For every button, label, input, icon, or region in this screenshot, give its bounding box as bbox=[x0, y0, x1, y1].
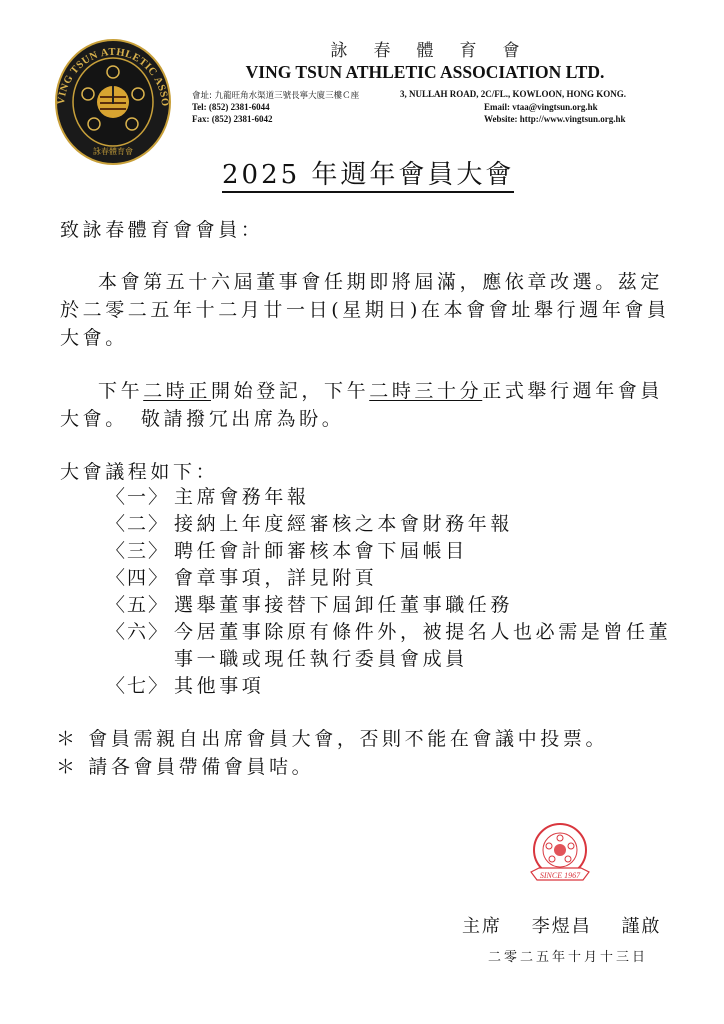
signatory-role: 主席 bbox=[462, 916, 502, 937]
agenda-number: 〈六〉 bbox=[106, 619, 174, 673]
agenda-list: 〈一〉 主席會務年報 〈二〉 接納上年度經審核之本會財務年報 〈三〉 聘任會計師… bbox=[106, 484, 676, 700]
agenda-text: 接納上年度經審核之本會財務年報 bbox=[174, 511, 676, 538]
salutation: 致詠春體育會會員： bbox=[60, 216, 263, 244]
notes: ＊ 會員需親自出席會員大會，否則不能在會議中投票。 ＊ 請各會員帶備會員咭。 bbox=[56, 725, 608, 781]
registration-time: 二時正 bbox=[143, 380, 211, 402]
fax: Fax: (852) 2381-6042 bbox=[192, 114, 273, 124]
agenda-number: 〈三〉 bbox=[106, 538, 174, 565]
schedule-text: 下午 bbox=[98, 380, 143, 402]
agenda-item: 〈三〉 聘任會計師審核本會下屆帳目 bbox=[106, 538, 676, 565]
agenda-item: 〈四〉 會章事項，詳見附頁 bbox=[106, 565, 676, 592]
agenda-item: 〈七〉 其他事項 bbox=[106, 673, 676, 700]
agenda-heading: 大會議程如下： bbox=[60, 458, 218, 486]
org-name-english: VING TSUN ATHLETIC ASSOCIATION LTD. bbox=[200, 62, 650, 83]
signature-closing: 謹啟 bbox=[621, 916, 661, 937]
note-membership-card: ＊ 請各會員帶備會員咭。 bbox=[56, 753, 608, 781]
agenda-text: 選舉董事接替下屆卸任董事職任務 bbox=[174, 592, 676, 619]
agenda-number: 〈五〉 bbox=[106, 592, 174, 619]
note-attendance: ＊ 會員需親自出席會員大會，否則不能在會議中投票。 bbox=[56, 725, 608, 753]
announcement-text: 本會第五十六屆董事會任期即將屆滿，應依章改選。茲定於二零二五年十二月廿一日(星期… bbox=[60, 271, 670, 349]
agenda-number: 〈七〉 bbox=[106, 673, 174, 700]
signatory-name: 李煜昌 bbox=[532, 916, 592, 937]
agenda-text: 今居董事除原有條件外，被提名人也必需是曾任董事一職或現任執行委員會成員 bbox=[174, 619, 676, 673]
address-english: 3, NULLAH ROAD, 2C/FL., KOWLOON, HONG KO… bbox=[400, 89, 626, 99]
agenda-text: 會章事項，詳見附頁 bbox=[174, 565, 676, 592]
address-chinese: 會址: 九龍旺角水渠道三號長寧大廈三樓Ｃ座 bbox=[192, 89, 359, 101]
agenda-text: 主席會務年報 bbox=[174, 484, 676, 511]
website-link[interactable]: Website: http://www.vingtsun.org.hk bbox=[484, 114, 626, 124]
agenda-number: 〈一〉 bbox=[106, 484, 174, 511]
agenda-text: 聘任會計師審核本會下屆帳目 bbox=[174, 538, 676, 565]
agenda-item: 〈六〉 今居董事除原有條件外，被提名人也必需是曾任董事一職或現任執行委員會成員 bbox=[106, 619, 676, 673]
telephone: Tel: (852) 2381-6044 bbox=[192, 102, 270, 112]
meeting-time: 二時三十分 bbox=[369, 380, 482, 402]
agenda-item: 〈五〉 選舉董事接替下屆卸任董事職任務 bbox=[106, 592, 676, 619]
document-date: 二零二五年十月十三日 bbox=[488, 946, 648, 965]
schedule-text: 開始登記，下午 bbox=[211, 380, 369, 402]
signature-line: 主席 李煜昌 謹啟 bbox=[462, 912, 661, 938]
schedule-paragraph: 下午二時正開始登記，下午二時三十分正式舉行週年會員大會。 敬請撥冗出席為盼。 bbox=[60, 377, 670, 433]
agenda-text: 其他事項 bbox=[174, 673, 676, 700]
association-emblem-icon: VING TSUN ATHLETIC ASSOCIATION 詠春體育會 bbox=[54, 38, 172, 166]
email-link[interactable]: Email: vtaa@vingtsun.org.hk bbox=[484, 102, 598, 112]
agenda-item: 〈一〉 主席會務年報 bbox=[106, 484, 676, 511]
document-title: 2025 年週年會員大會 bbox=[222, 160, 514, 193]
agenda-number: 〈四〉 bbox=[106, 565, 174, 592]
agenda-item: 〈二〉 接納上年度經審核之本會財務年報 bbox=[106, 511, 676, 538]
org-name-chinese: 詠春體育會 bbox=[200, 36, 650, 61]
svg-text:SINCE 1967: SINCE 1967 bbox=[540, 871, 581, 880]
agenda-number: 〈二〉 bbox=[106, 511, 174, 538]
announcement-paragraph: 本會第五十六屆董事會任期即將屆滿，應依章改選。茲定於二零二五年十二月廿一日(星期… bbox=[60, 268, 670, 352]
red-association-seal-icon: SINCE 1967 bbox=[529, 822, 591, 888]
svg-text:詠春體育會: 詠春體育會 bbox=[93, 146, 133, 156]
